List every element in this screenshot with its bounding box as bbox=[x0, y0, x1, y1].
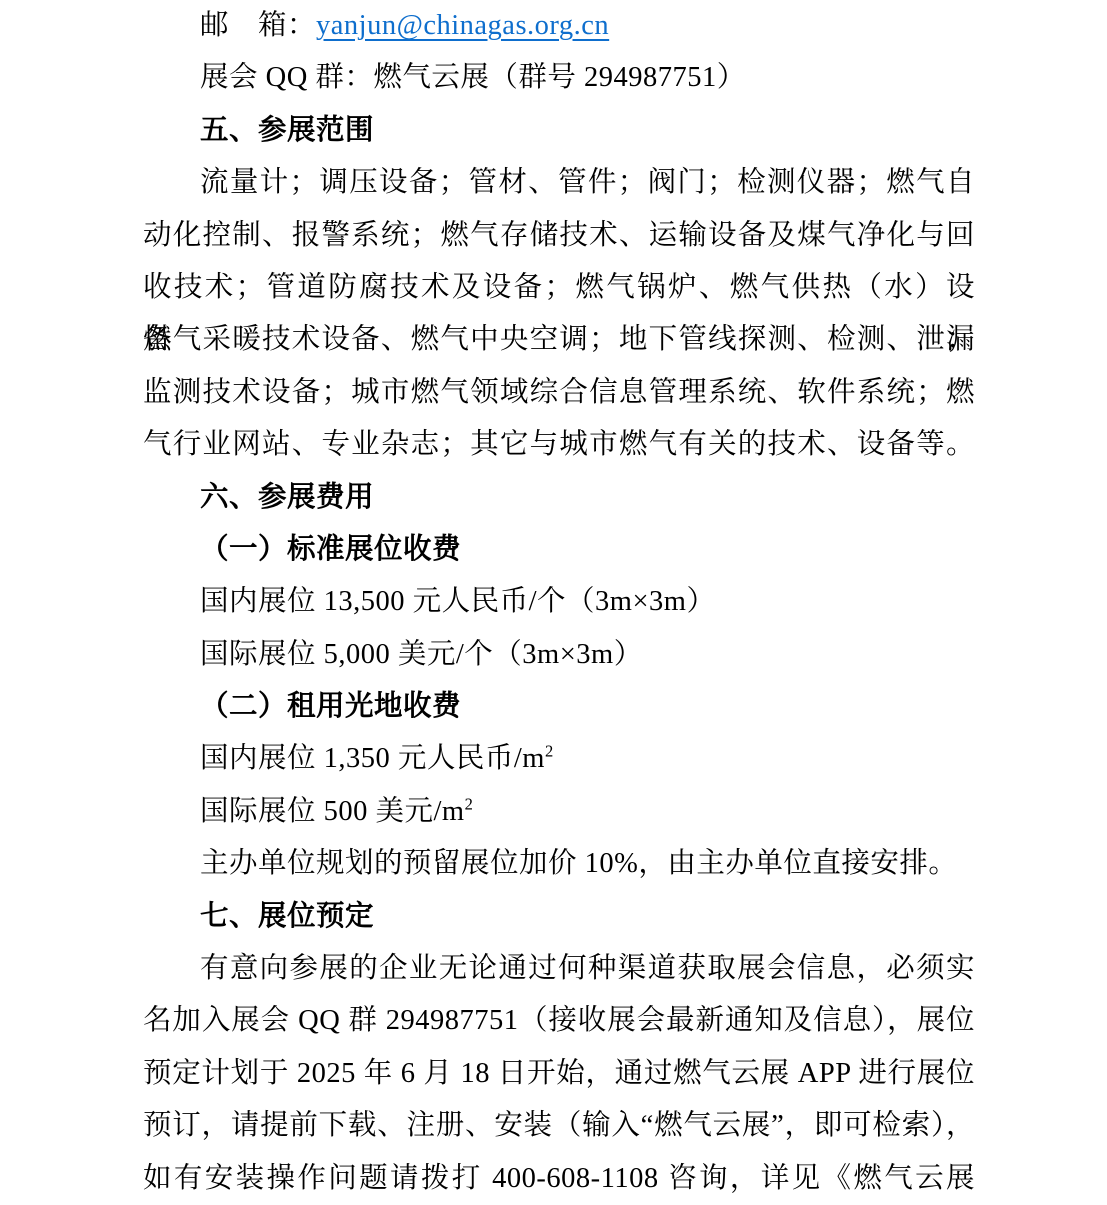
booking-paragraph-line: 如有安装操作问题请拨打 400-608-1108 咨询，详见《燃气云展 bbox=[143, 1153, 975, 1205]
scope-paragraph-line: 动化控制、报警系统；燃气存储技术、运输设备及煤气净化与回 bbox=[143, 210, 975, 262]
scope-paragraph-line: 流量计；调压设备；管材、管件；阀门；检测仪器；燃气自 bbox=[143, 157, 975, 209]
section-heading-fees: 六、参展费用 bbox=[143, 472, 975, 524]
section-heading-scope: 五、参展范围 bbox=[143, 105, 975, 157]
scope-paragraph-line: 燃气采暖技术设备、燃气中央空调；地下管线探测、检测、泄漏 bbox=[143, 314, 975, 366]
standard-fee-international: 国际展位 5,000 美元/个（3m×3m） bbox=[143, 629, 975, 681]
section-heading-booking: 七、展位预定 bbox=[143, 891, 975, 943]
document-page: 邮 箱：yanjun@chinagas.org.cn 展会 QQ 群：燃气云展（… bbox=[143, 0, 975, 1205]
raw-space-fee-heading: （二）租用光地收费 bbox=[143, 681, 975, 733]
email-line: 邮 箱：yanjun@chinagas.org.cn bbox=[143, 0, 975, 52]
booking-paragraph-line: 名加入展会 QQ 群 294987751（接收展会最新通知及信息），展位 bbox=[143, 995, 975, 1047]
scope-paragraph-line: 气行业网站、专业杂志；其它与城市燃气有关的技术、设备等。 bbox=[143, 419, 975, 471]
scope-paragraph-line: 监测技术设备；城市燃气领域综合信息管理系统、软件系统；燃 bbox=[143, 367, 975, 419]
square-meter-superscript: 2 bbox=[465, 794, 474, 813]
scope-paragraph-line: 收技术；管道防腐技术及设备；燃气锅炉、燃气供热（水）设备； bbox=[143, 262, 975, 314]
email-link[interactable]: yanjun@chinagas.org.cn bbox=[316, 10, 609, 41]
reserved-booth-note: 主办单位规划的预留展位加价 10%，由主办单位直接安排。 bbox=[143, 838, 975, 890]
email-label: 邮 箱： bbox=[200, 10, 316, 41]
raw-space-fee-international-text: 国际展位 500 美元/m bbox=[200, 796, 465, 827]
raw-space-fee-international: 国际展位 500 美元/m2 bbox=[143, 786, 975, 838]
standard-fee-domestic: 国内展位 13,500 元人民币/个（3m×3m） bbox=[143, 576, 975, 628]
booking-paragraph-line: 预定计划于 2025 年 6 月 18 日开始，通过燃气云展 APP 进行展位 bbox=[143, 1048, 975, 1100]
booking-paragraph-line: 有意向参展的企业无论通过何种渠道获取展会信息，必须实 bbox=[143, 943, 975, 995]
standard-booth-fee-heading: （一）标准展位收费 bbox=[143, 524, 975, 576]
square-meter-superscript: 2 bbox=[545, 742, 554, 761]
raw-space-fee-domestic: 国内展位 1,350 元人民币/m2 bbox=[143, 733, 975, 785]
booking-paragraph-line: 预订，请提前下载、注册、安装（输入“燃气云展”，即可检索）， bbox=[143, 1100, 975, 1152]
qq-group-line: 展会 QQ 群：燃气云展（群号 294987751） bbox=[143, 52, 975, 104]
raw-space-fee-domestic-text: 国内展位 1,350 元人民币/m bbox=[200, 743, 545, 774]
